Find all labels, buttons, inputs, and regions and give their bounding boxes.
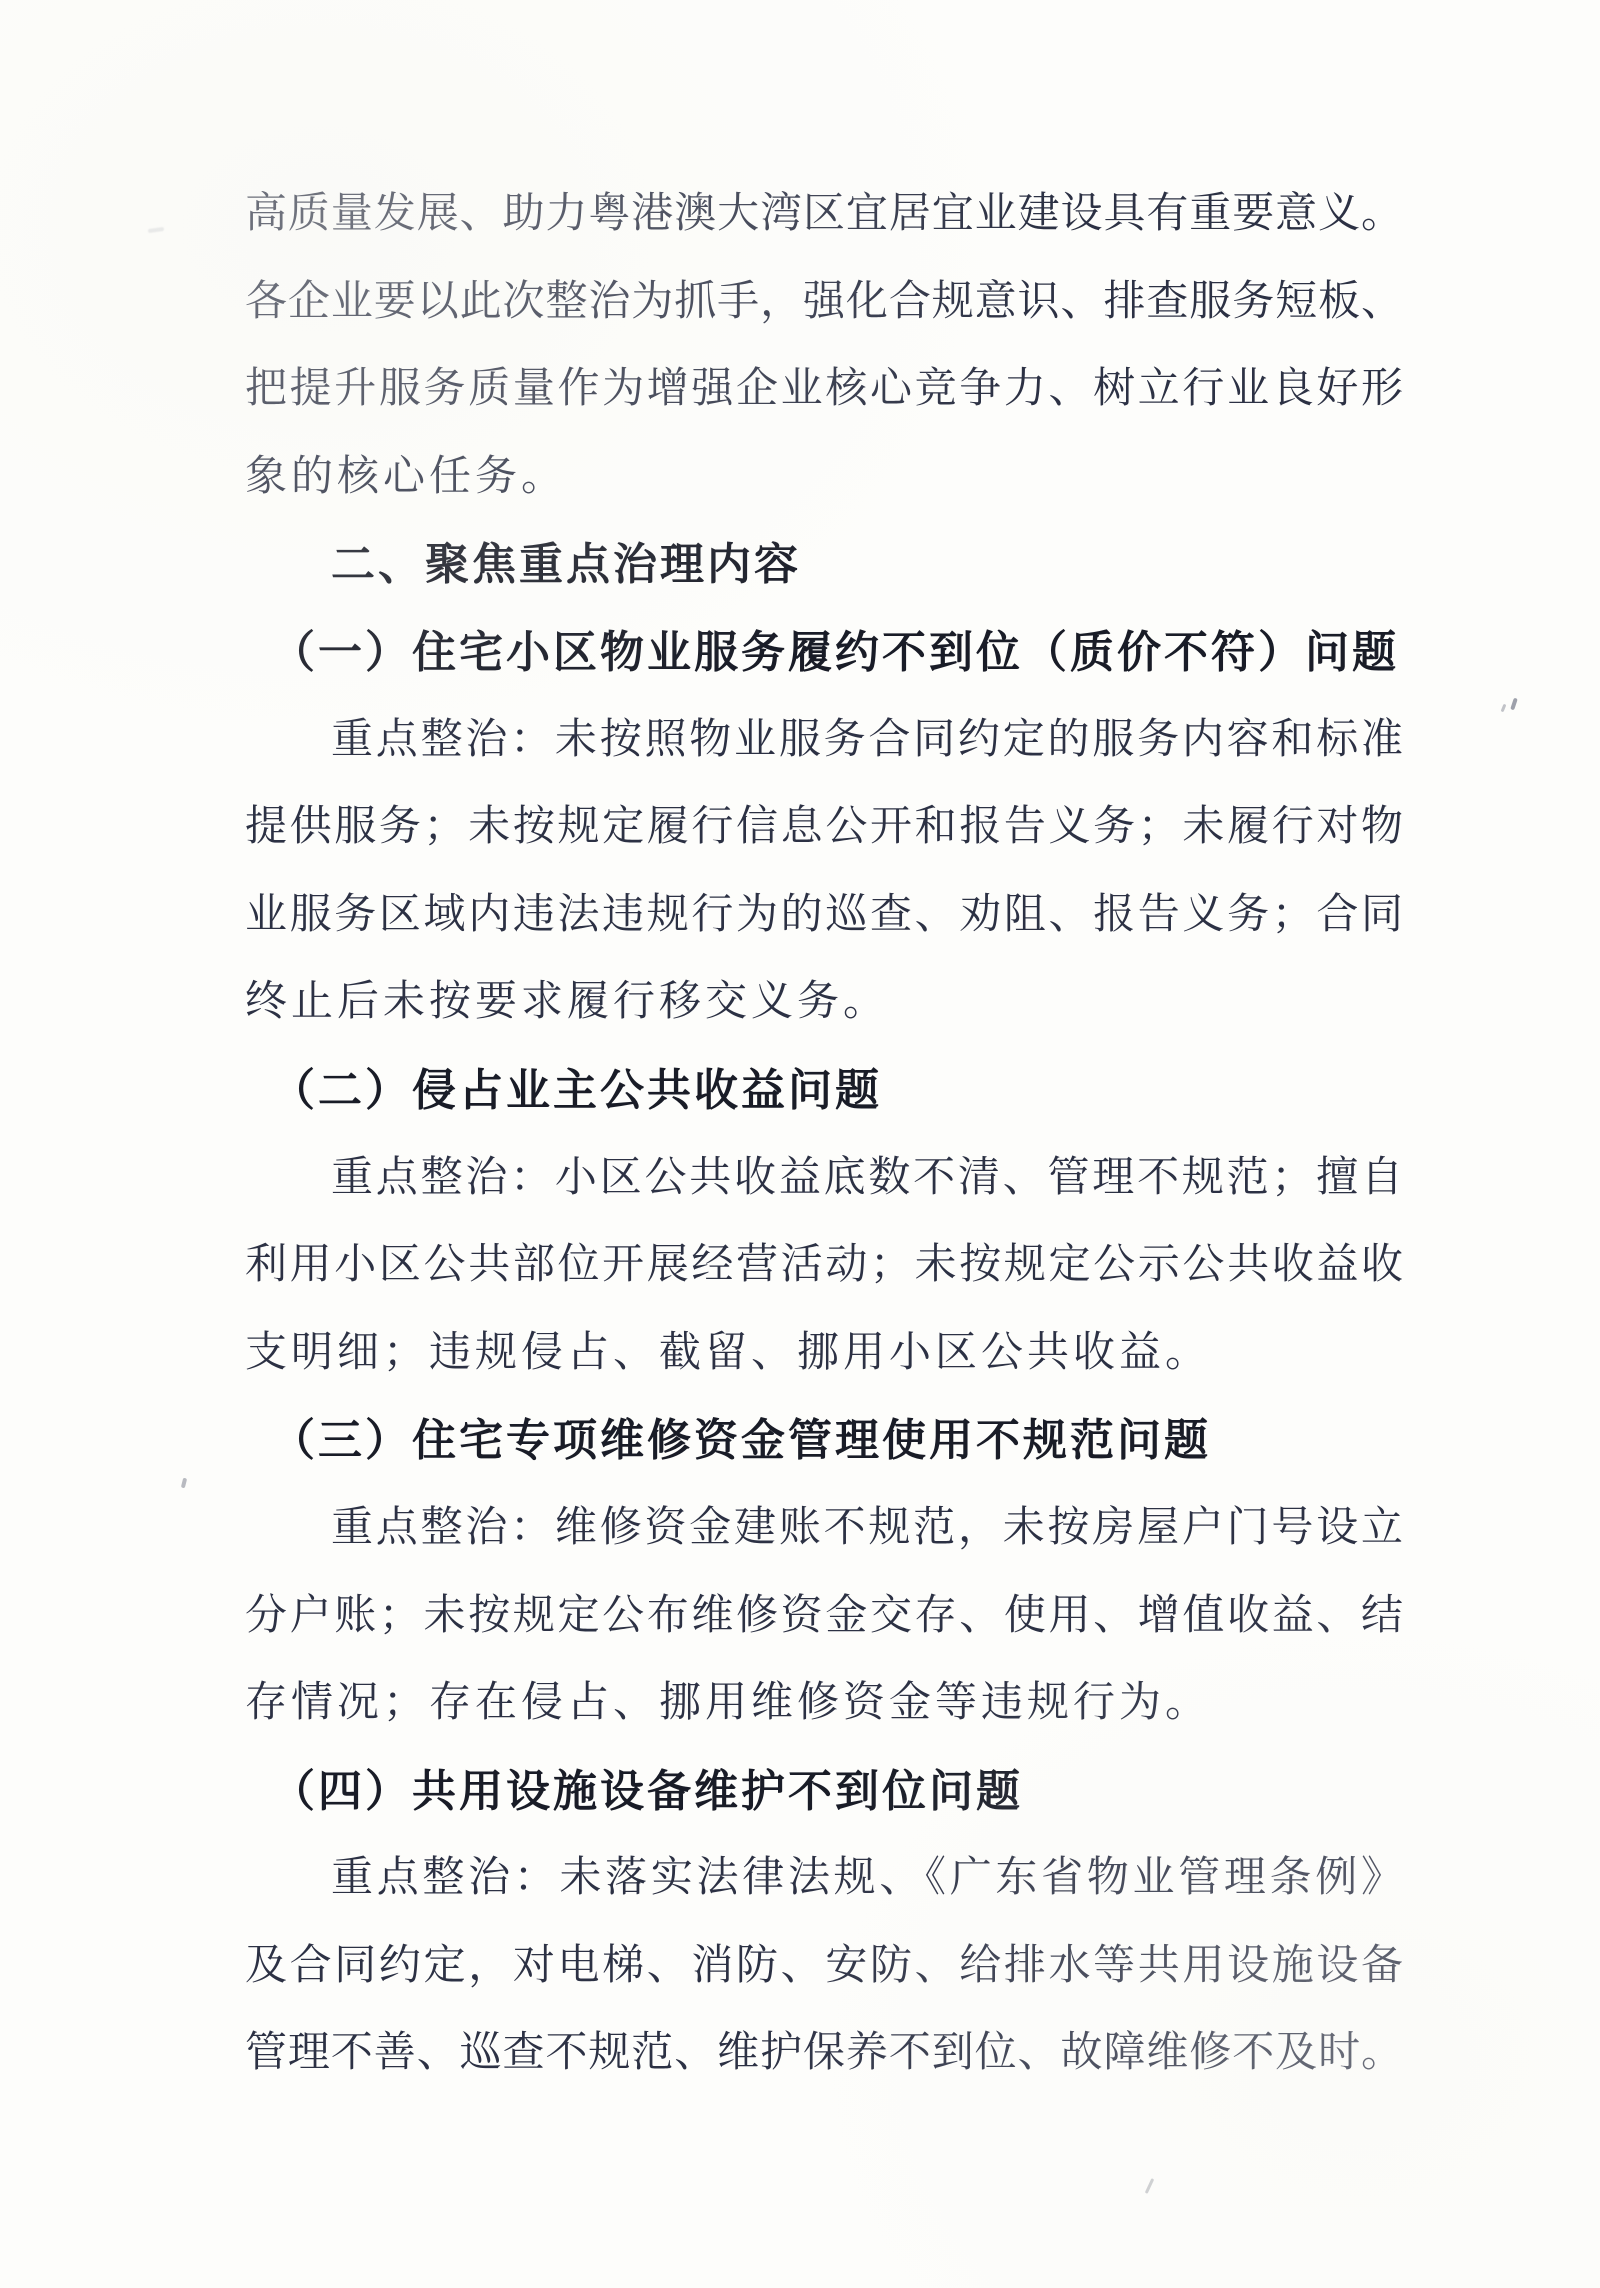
para-continuation-line: 把提升服务质量作为增强企业核心竞争力、树立行业良好形 [245, 346, 1403, 434]
para-3-line: 重点整治：维修资金建账不规范，未按房屋户门号设立 [245, 1485, 1403, 1573]
para-3-line: 分户账；未按规定公布维修资金交存、使用、增值收益、结 [245, 1573, 1403, 1661]
para-4-line: 重点整治：未落实法律法规、《广东省物业管理条例》 [245, 1835, 1403, 1923]
para-2-line: 支明细；违规侵占、截留、挪用小区公共收益。 [245, 1310, 1403, 1398]
subheading-2: （二）侵占业主公共收益问题 [245, 1047, 1403, 1135]
document-text-column: 高质量发展、助力粤港澳大湾区宜居宜业建设具有重要意义。 各企业要以此次整治为抓手… [245, 171, 1403, 2098]
para-4-line: 管理不善、巡查不规范、维护保养不到位、故障维修不及时。 [245, 2010, 1403, 2098]
document-page: 高质量发展、助力粤港澳大湾区宜居宜业建设具有重要意义。 各企业要以此次整治为抓手… [0, 0, 1600, 2288]
para-continuation-line: 高质量发展、助力粤港澳大湾区宜居宜业建设具有重要意义。 [245, 171, 1403, 259]
subheading-3: （三）住宅专项维修资金管理使用不规范问题 [245, 1397, 1403, 1485]
subheading-1: （一）住宅小区物业服务履约不到位（质价不符）问题 [245, 609, 1403, 697]
para-4-line: 及合同约定，对电梯、消防、安防、给排水等共用设施设备 [245, 1923, 1403, 2011]
subheading-4: （四）共用设施设备维护不到位问题 [245, 1748, 1403, 1836]
scan-speck [1501, 704, 1507, 713]
heading-section-2: 二、聚焦重点治理内容 [245, 521, 1403, 609]
scan-speck [181, 1478, 187, 1489]
scan-speck [1145, 2178, 1154, 2194]
para-1-line: 重点整治：未按照物业服务合同约定的服务内容和标准 [245, 697, 1403, 785]
scan-speck [148, 227, 164, 233]
para-2-line: 重点整治：小区公共收益底数不清、管理不规范；擅自 [245, 1135, 1403, 1223]
para-3-line: 存情况；存在侵占、挪用维修资金等违规行为。 [245, 1660, 1403, 1748]
para-1-line: 终止后未按要求履行移交义务。 [245, 959, 1403, 1047]
para-1-line: 提供服务；未按规定履行信息公开和报告义务；未履行对物 [245, 784, 1403, 872]
scan-speck [1510, 698, 1518, 711]
para-continuation-line: 各企业要以此次整治为抓手，强化合规意识、排查服务短板、 [245, 259, 1403, 347]
para-1-line: 业服务区域内违法违规行为的巡查、劝阻、报告义务；合同 [245, 872, 1403, 960]
para-continuation-line: 象的核心任务。 [245, 434, 1403, 522]
para-2-line: 利用小区公共部位开展经营活动；未按规定公示公共收益收 [245, 1222, 1403, 1310]
